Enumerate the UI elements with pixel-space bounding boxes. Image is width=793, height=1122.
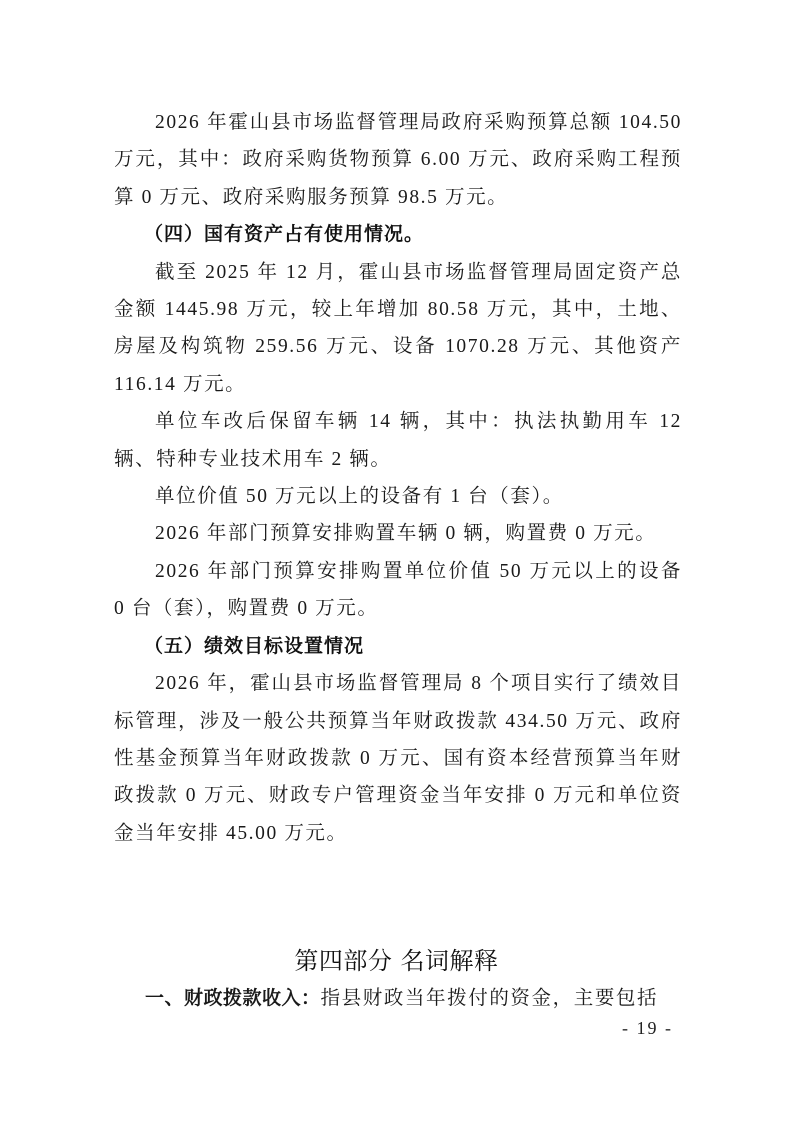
part-title: 第四部分 名词解释: [0, 944, 793, 978]
paragraph-equipment-over-50: 单位价值 50 万元以上的设备有 1 台（套）。: [114, 478, 682, 515]
paragraph-vehicle-purchase-budget: 2026 年部门预算安排购置车辆 0 辆，购置费 0 万元。: [114, 515, 682, 552]
paragraph-equipment-purchase-budget: 2026 年部门预算安排购置单位价值 50 万元以上的设备 0 台（套），购置费…: [114, 553, 682, 628]
paragraph-performance-goals: 2026 年，霍山县市场监督管理局 8 个项目实行了绩效目标管理，涉及一般公共预…: [114, 665, 682, 852]
term-definition-fiscal-income: 一、财政拨款收入：指县财政当年拨付的资金，主要包括: [145, 980, 685, 1017]
paragraph-vehicles: 单位车改后保留车辆 14 辆，其中：执法执勤用车 12 辆、特种专业技术用车 2…: [114, 403, 682, 478]
paragraph-procurement-budget: 2026 年霍山县市场监督管理局政府采购预算总额 104.50 万元，其中：政府…: [114, 104, 682, 216]
term-text: 指县财政当年拨付的资金，主要包括: [321, 988, 659, 1009]
document-body: 2026 年霍山县市场监督管理局政府采购预算总额 104.50 万元，其中：政府…: [114, 104, 682, 852]
paragraph-fixed-assets: 截至 2025 年 12 月，霍山县市场监督管理局固定资产总金额 1445.98…: [114, 254, 682, 404]
section-heading-performance-goals: （五）绩效目标设置情况: [114, 628, 682, 665]
page-number: - 19 -: [622, 1013, 673, 1043]
term-label: 一、财政拨款收入：: [145, 987, 321, 1009]
section-heading-state-assets: （四）国有资产占有使用情况。: [114, 216, 682, 253]
